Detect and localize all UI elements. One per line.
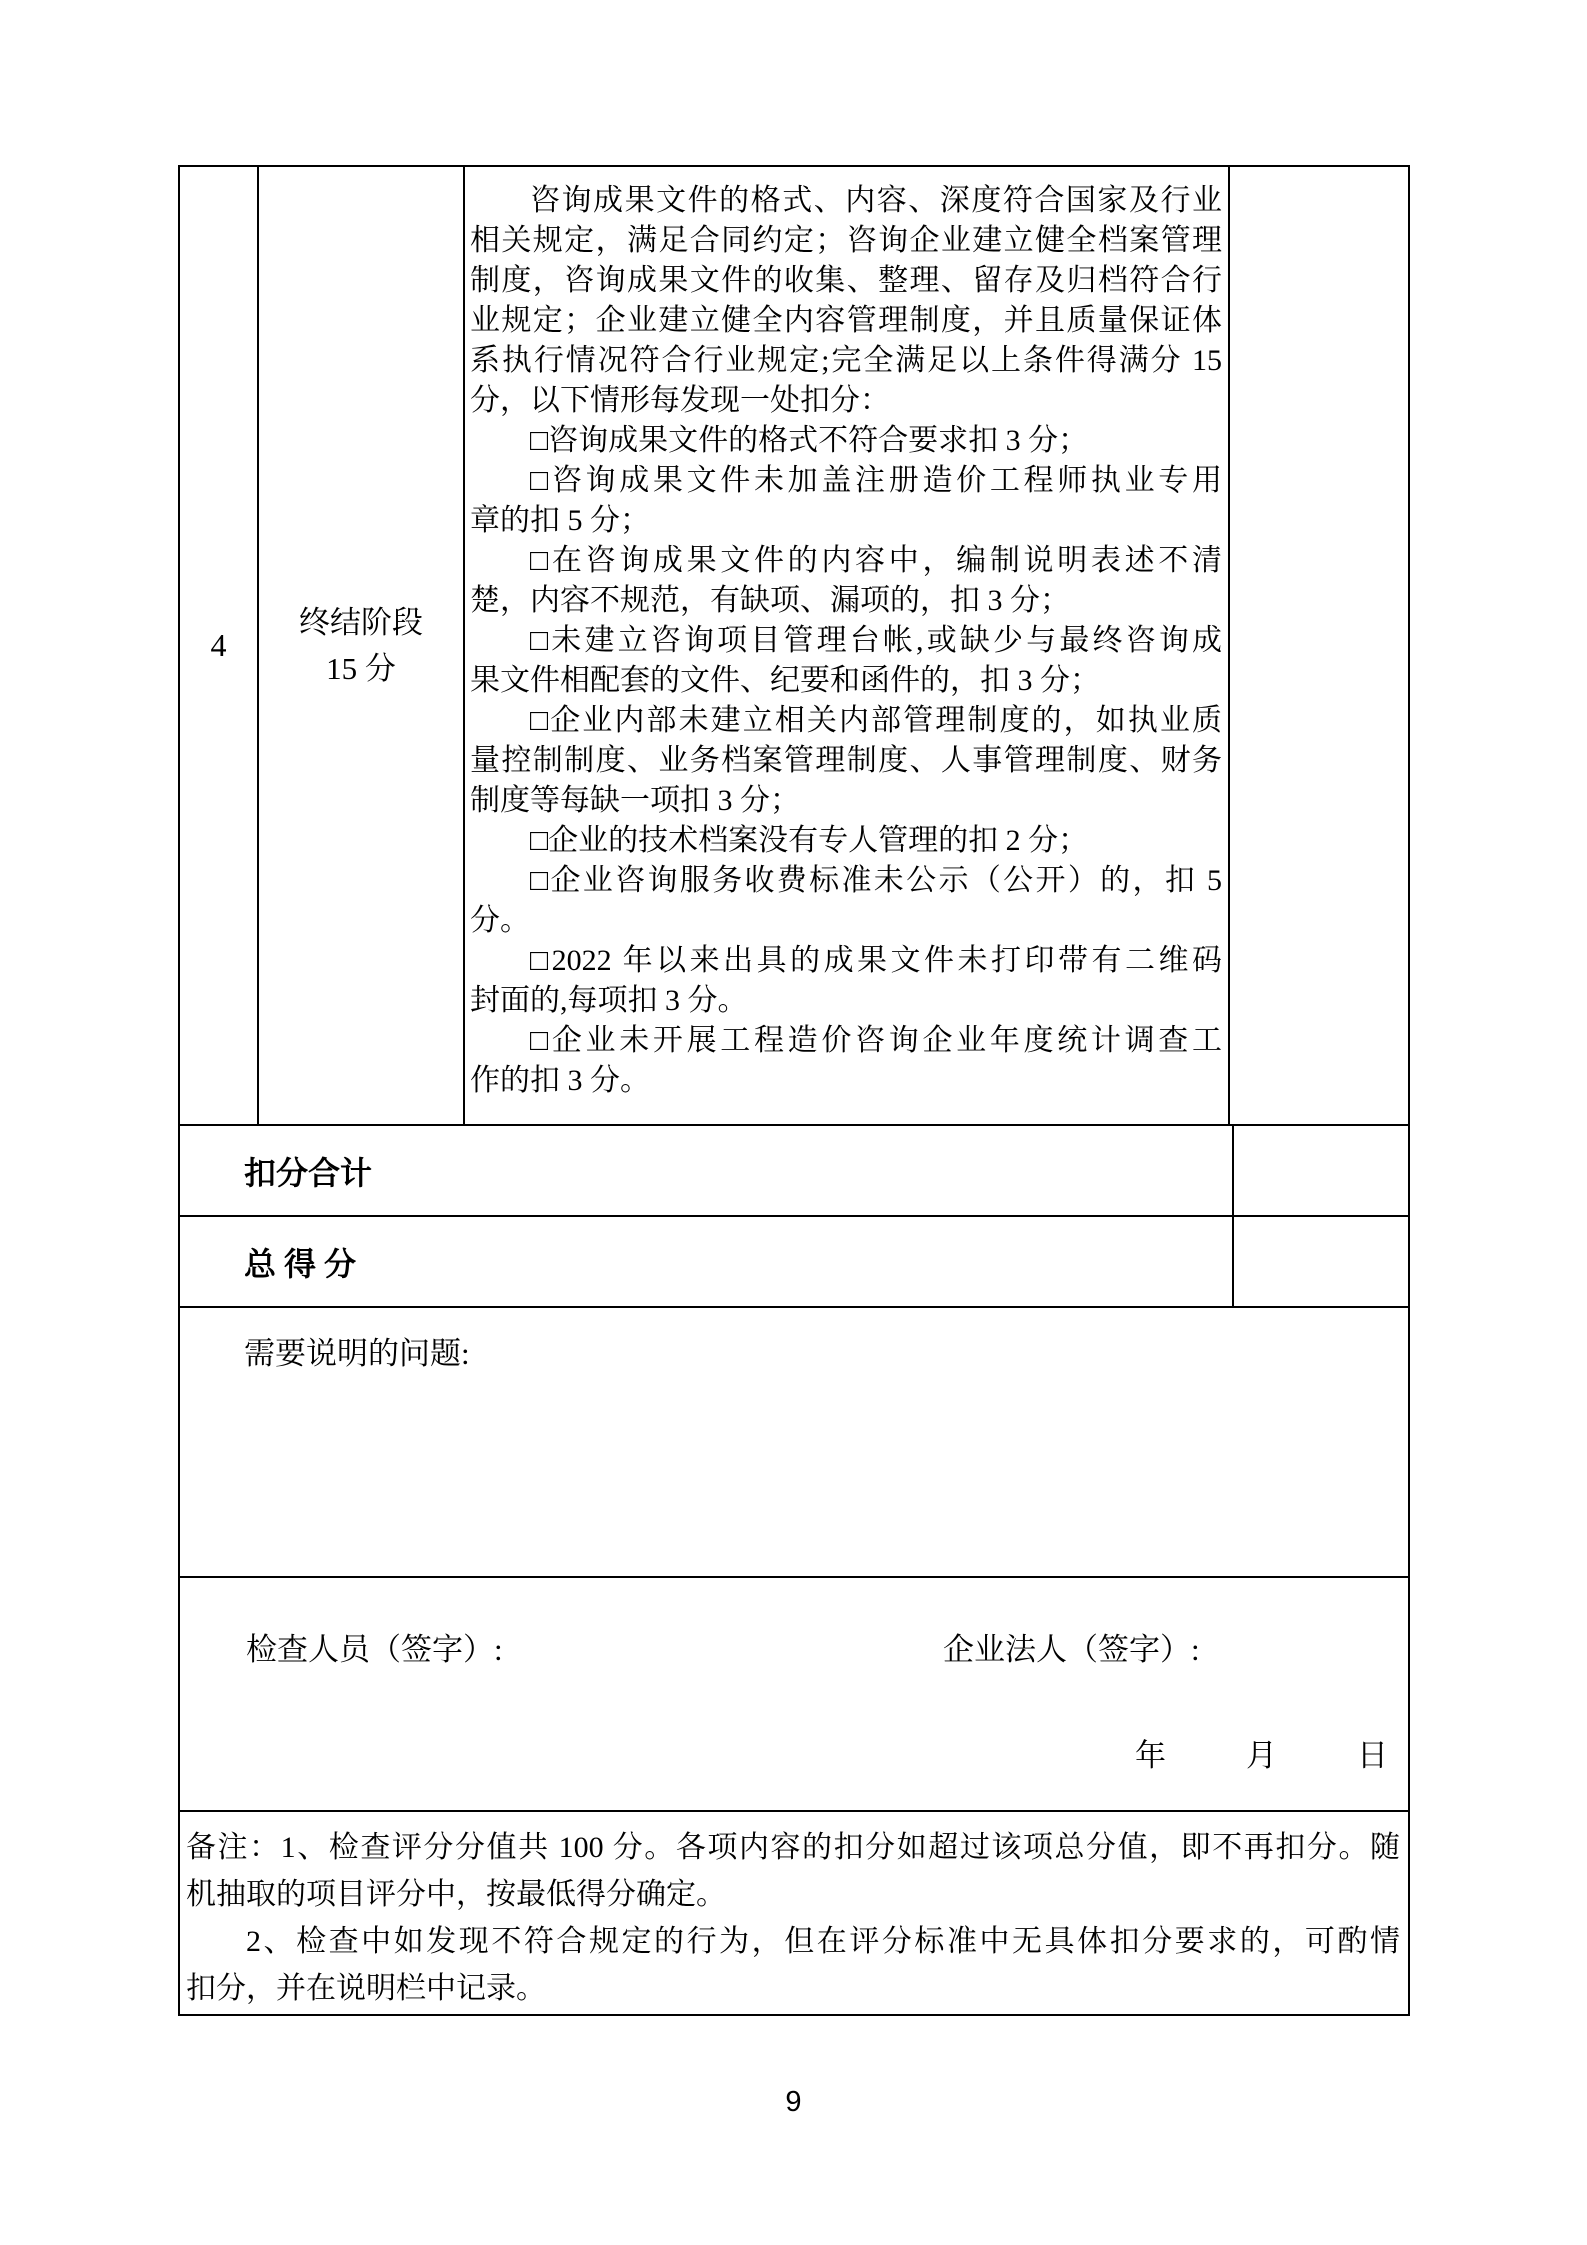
text-line: 制度等每缺一项扣 3 分； bbox=[470, 781, 1222, 821]
table-row-remarks: 备注：1、检查评分分值共 100 分。各项内容的扣分如超过该项总分值，即不再扣分… bbox=[180, 1810, 1408, 2014]
legal-rep-signature-label: 企业法人（签字）: bbox=[943, 1624, 1200, 1669]
text-line: 业规定；企业建立健全内容管理制度，并且质量保证体 bbox=[470, 301, 1222, 341]
text-line: □企业咨询服务收费标准未公示（公开）的，扣 5 bbox=[470, 861, 1222, 901]
text-line: □在咨询成果文件的内容中，编制说明表述不清 bbox=[470, 541, 1222, 581]
day-label: 日 bbox=[1357, 1738, 1388, 1773]
text-line: 封面的,每项扣 3 分。 bbox=[470, 981, 1222, 1021]
text-line: 咨询成果文件的格式、内容、深度符合国家及行业 bbox=[470, 181, 1222, 221]
stage-cell: 终结阶段 15 分 bbox=[259, 167, 465, 1124]
text-line: 扣分，并在说明栏中记录。 bbox=[186, 1965, 1400, 2012]
text-line: 分，以下情形每发现一处扣分： bbox=[470, 381, 1222, 421]
text-line: 作的扣 3 分。 bbox=[470, 1061, 1222, 1101]
inspector-signature-label: 检查人员（签字）: bbox=[246, 1624, 503, 1669]
score-table: 4 终结阶段 15 分 咨询成果文件的格式、内容、深度符合国家及行业相关规定，满… bbox=[178, 165, 1410, 2016]
table-row-deduction-total: 扣分合计 bbox=[180, 1124, 1408, 1215]
total-score-value-cell bbox=[1234, 1217, 1408, 1306]
document-page: 4 终结阶段 15 分 咨询成果文件的格式、内容、深度符合国家及行业相关规定，满… bbox=[0, 0, 1587, 2245]
text-line: 系执行情况符合行业规定;完全满足以上条件得满分 15 bbox=[470, 341, 1222, 381]
text-line: 备注：1、检查评分分值共 100 分。各项内容的扣分如超过该项总分值，即不再扣分… bbox=[186, 1824, 1400, 1871]
table-row-signature: 检查人员（签字）: 企业法人（签字）: 年月日 bbox=[180, 1576, 1408, 1810]
table-row-notes: 需要说明的问题: bbox=[180, 1306, 1408, 1576]
table-row-total-score: 总 得 分 bbox=[180, 1215, 1408, 1306]
criteria-cell: 咨询成果文件的格式、内容、深度符合国家及行业相关规定，满足合同约定；咨询企业建立… bbox=[465, 167, 1230, 1124]
text-line: □未建立咨询项目管理台帐,或缺少与最终咨询成 bbox=[470, 621, 1222, 661]
text-line: □企业的技术档案没有专人管理的扣 2 分； bbox=[470, 821, 1222, 861]
year-label: 年 bbox=[1135, 1738, 1166, 1773]
score-entry-cell bbox=[1230, 167, 1408, 1124]
page-number: 9 bbox=[0, 2086, 1587, 2119]
text-line: □2022 年以来出具的成果文件未打印带有二维码 bbox=[470, 941, 1222, 981]
text-line: □企业未开展工程造价咨询企业年度统计调查工 bbox=[470, 1021, 1222, 1061]
notes-label: 需要说明的问题: bbox=[244, 1336, 470, 1371]
row-number-cell: 4 bbox=[180, 167, 259, 1124]
deduction-total-value-cell bbox=[1234, 1126, 1408, 1215]
stage-score: 15 分 bbox=[326, 646, 396, 692]
deduction-total-label: 扣分合计 bbox=[244, 1148, 372, 1194]
total-score-label-cell: 总 得 分 bbox=[180, 1217, 1234, 1306]
text-line: □企业内部未建立相关内部管理制度的，如执业质 bbox=[470, 701, 1222, 741]
text-line: 制度，咨询成果文件的收集、整理、留存及归档符合行 bbox=[470, 261, 1222, 301]
text-line: 机抽取的项目评分中，按最低得分确定。 bbox=[186, 1871, 1400, 1918]
row-number: 4 bbox=[211, 627, 227, 664]
month-label: 月 bbox=[1246, 1738, 1277, 1773]
text-line: 果文件相配套的文件、纪要和函件的，扣 3 分； bbox=[470, 661, 1222, 701]
deduction-total-label-cell: 扣分合计 bbox=[180, 1126, 1234, 1215]
text-line: □咨询成果文件未加盖注册造价工程师执业专用 bbox=[470, 461, 1222, 501]
text-line: □咨询成果文件的格式不符合要求扣 3 分； bbox=[470, 421, 1222, 461]
date-line: 年月日 bbox=[1135, 1730, 1388, 1775]
text-line: 2、检查中如发现不符合规定的行为，但在评分标准中无具体扣分要求的，可酌情 bbox=[186, 1918, 1400, 1965]
text-line: 章的扣 5 分； bbox=[470, 501, 1222, 541]
text-line: 分。 bbox=[470, 901, 1222, 941]
text-line: 楚，内容不规范，有缺项、漏项的，扣 3 分； bbox=[470, 581, 1222, 621]
text-line: 相关规定，满足合同约定；咨询企业建立健全档案管理 bbox=[470, 221, 1222, 261]
table-row-stage-4: 4 终结阶段 15 分 咨询成果文件的格式、内容、深度符合国家及行业相关规定，满… bbox=[180, 167, 1408, 1124]
stage-name: 终结阶段 bbox=[299, 600, 423, 646]
text-line: 量控制制度、业务档案管理制度、人事管理制度、财务 bbox=[470, 741, 1222, 781]
total-score-label: 总 得 分 bbox=[244, 1239, 356, 1285]
